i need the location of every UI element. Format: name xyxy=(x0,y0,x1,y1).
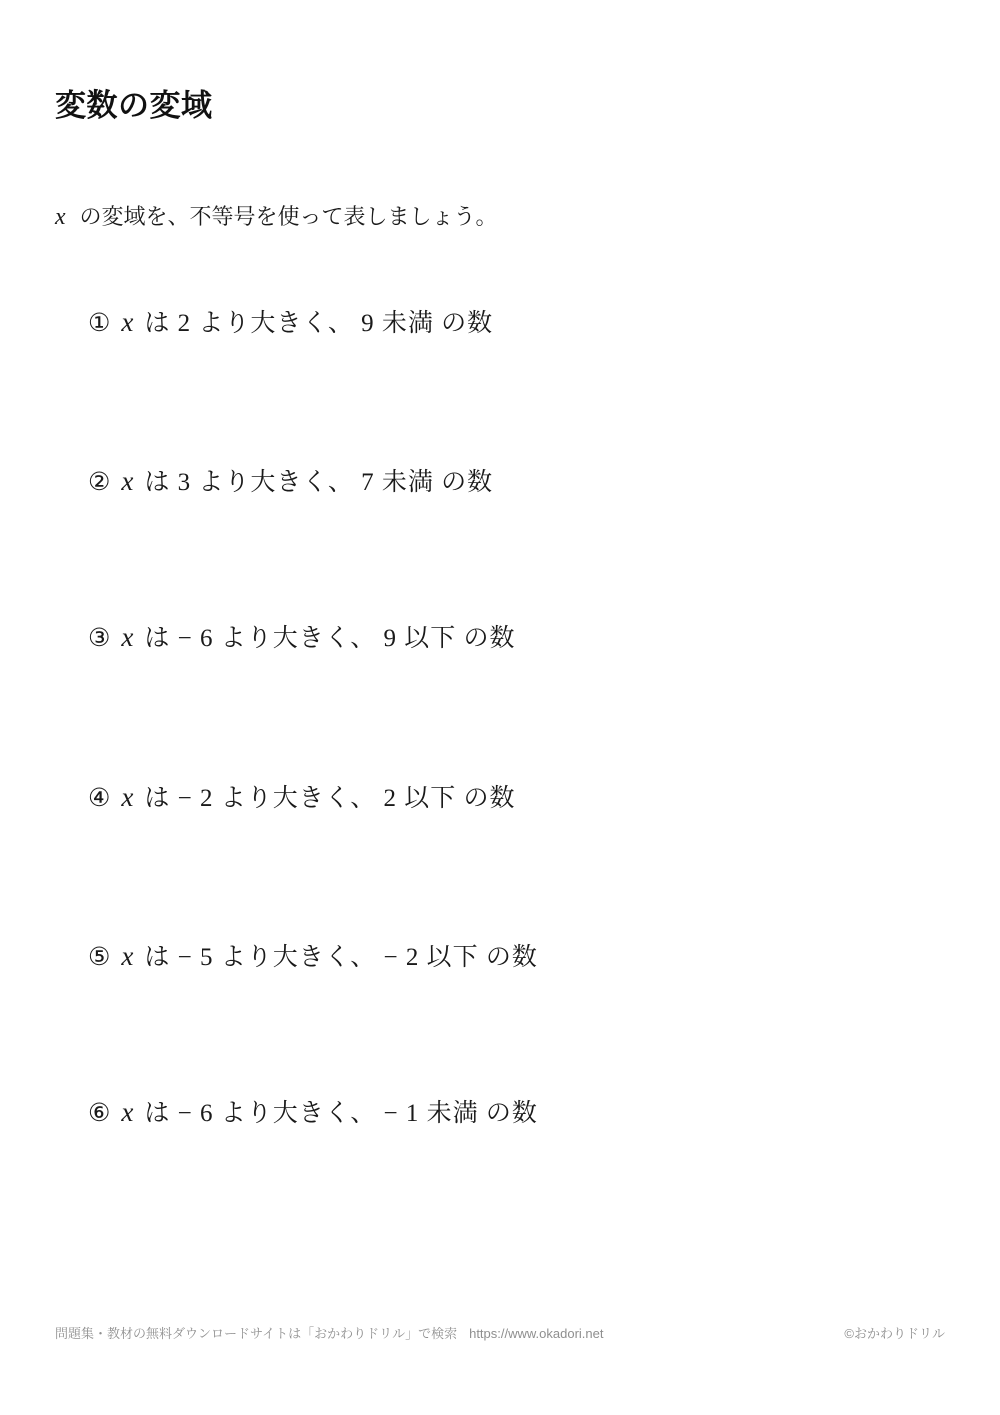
problem-item-3: ③xは − 6 より大きく、 9 以下 の数 xyxy=(88,618,516,654)
problem-text: は − 6 より大きく、 9 以下 の数 xyxy=(144,625,515,652)
footer-copyright: ©おかわりドリル xyxy=(844,1323,945,1342)
problem-text: は − 2 より大きく、 2 以下 の数 xyxy=(144,785,515,812)
problem-number: ① xyxy=(88,310,111,337)
problem-item-6: ⑥xは − 6 より大きく、 − 1 未満 の数 xyxy=(88,1093,538,1129)
page-footer: 問題集・教材の無料ダウンロードサイトは「おかわりドリル」で検索https://w… xyxy=(55,1323,945,1342)
instruction-variable: x xyxy=(55,204,66,230)
problem-item-4: ④xは − 2 より大きく、 2 以下 の数 xyxy=(88,778,516,814)
problem-text: は 3 より大きく、 7 未満 の数 xyxy=(144,469,493,496)
problem-variable: x xyxy=(121,307,134,337)
problem-number: ⑥ xyxy=(88,1100,111,1127)
problem-text: は − 6 より大きく、 − 1 未満 の数 xyxy=(144,1100,537,1127)
problem-text: は − 5 より大きく、 − 2 以下 の数 xyxy=(144,944,537,971)
problem-variable: x xyxy=(121,622,134,652)
instruction-line: xの変域を、不等号を使って表しましょう。 xyxy=(55,200,498,231)
problem-variable: x xyxy=(121,466,134,496)
problem-number: ⑤ xyxy=(88,944,111,971)
problem-variable: x xyxy=(121,941,134,971)
problem-number: ② xyxy=(88,469,111,496)
footer-note: 問題集・教材の無料ダウンロードサイトは「おかわりドリル」で検索https://w… xyxy=(55,1323,604,1342)
worksheet-page: 変数の変域 xの変域を、不等号を使って表しましょう。 ①xは 2 より大きく、 … xyxy=(0,0,1000,1415)
problem-item-2: ②xは 3 より大きく、 7 未満 の数 xyxy=(88,462,493,498)
problem-variable: x xyxy=(121,1097,134,1127)
instruction-text: の変域を、不等号を使って表しましょう。 xyxy=(80,204,498,229)
footer-note-text: 問題集・教材の無料ダウンロードサイトは「おかわりドリル」で検索 xyxy=(55,1326,457,1341)
problem-item-1: ①xは 2 より大きく、 9 未満 の数 xyxy=(88,303,493,339)
problem-number: ④ xyxy=(88,785,111,812)
problem-text: は 2 より大きく、 9 未満 の数 xyxy=(144,310,493,337)
problem-item-5: ⑤xは − 5 より大きく、 − 2 以下 の数 xyxy=(88,937,538,973)
page-title: 変数の変域 xyxy=(55,80,213,125)
problem-number: ③ xyxy=(88,625,111,652)
footer-url: https://www.okadori.net xyxy=(469,1326,603,1341)
problem-variable: x xyxy=(121,782,134,812)
